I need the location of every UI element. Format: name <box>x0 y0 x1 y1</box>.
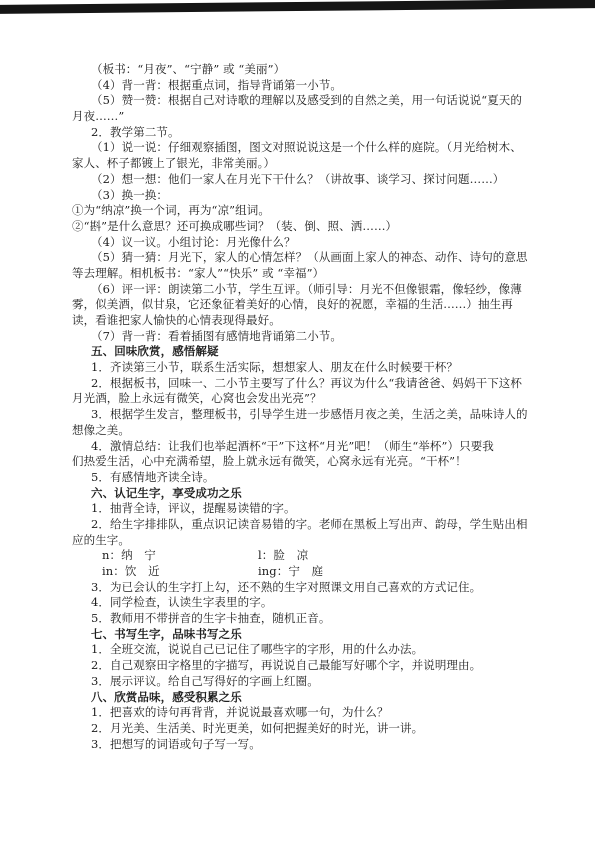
text-line: 3．为已会认的生字打上勾，还不熟的生字对照课文用自己喜欢的方式记住。 <box>72 580 532 596</box>
text-line: 雾，似美酒，似甘泉，它还象征着美好的心情，良好的祝愿，幸福的生活……）抽生再 <box>72 297 532 313</box>
text-line: 2．给生字排排队，重点识记读音易错的字。老师在黑板上写出声、韵母，学生贴出相 <box>72 517 532 533</box>
text-line: 5．教师用不带拼音的生字卡抽查，随机正音。 <box>72 611 532 627</box>
text-line: 们热爱生活，心中充满希望，脸上就永远有微笑，心窝永远有光亮。“干杯”！ <box>72 454 532 470</box>
text-line: 2．月光美、生活美、时光更美，如何把握美好的时光，讲一讲。 <box>72 721 532 737</box>
document-text-block: （板书：“月夜”、“宁静” 或 “美丽”）（4）背一背：根据重点词，指导背诵第一… <box>72 62 532 752</box>
pinyin-group: ing：宁 庭 <box>258 564 323 578</box>
text-line: 3．把想写的词语或句子写一写。 <box>72 737 532 753</box>
section-heading: 五、回味欣赏，感悟解疑 <box>72 344 532 360</box>
text-line: 1．抽背全诗，评议，提醒易读错的字。 <box>72 501 532 517</box>
text-line: （7）背一背：看着插图有感情地背诵第二小节。 <box>72 329 532 345</box>
pinyin-row: in：饮 近ing：宁 庭 <box>72 564 532 580</box>
text-line: （5）猜一猜：月光下，家人的心情怎样？（从画面上家人的神态、动作、诗句的意思 <box>72 250 532 266</box>
text-line: ①为“纳凉”换一个词，再为“凉”组词。 <box>72 203 532 219</box>
text-line: （4）议一议。小组讨论：月光像什么？ <box>72 235 532 251</box>
text-line: 5．有感情地齐读全诗。 <box>72 470 532 486</box>
text-line: （5）赞一赞：根据自己对诗歌的理解以及感受到的自然之美，用一句话说说“夏天的 <box>72 93 532 109</box>
text-line: 月夜……” <box>72 109 532 125</box>
text-line: 读，看谁把家人愉快的心情表现得最好。 <box>72 313 532 329</box>
text-line: 等去理解。相机板书：“家人”“快乐” 或 “幸福”） <box>72 266 532 282</box>
scanned-document-page: （板书：“月夜”、“宁静” 或 “美丽”）（4）背一背：根据重点词，指导背诵第一… <box>0 0 595 841</box>
text-line: 1．把喜欢的诗句再背背，并说说最喜欢哪一句，为什么？ <box>72 705 532 721</box>
text-line: 1．全班交流，说说自己已记住了哪些字的字形，用的什么办法。 <box>72 642 532 658</box>
text-line: 4．同学检查，认读生字表里的字。 <box>72 595 532 611</box>
pinyin-row: n：纳 宁l：脸 凉 <box>72 548 532 564</box>
text-line: （1）说一说：仔细观察插图，图文对照说说这是一个什么样的庭院。（月光给树木、 <box>72 140 532 156</box>
text-line: 3．根据学生发言，整理板书，引导学生进一步感悟月夜之美，生活之美，品味诗人的 <box>72 407 532 423</box>
text-line: 应的生字。 <box>72 533 532 549</box>
text-line: ②“斟”是什么意思？还可换成哪些词？（装、倒、照、洒……） <box>72 219 532 235</box>
text-line: （2）想一想：他们一家人在月光下干什么？（讲故事、谈学习、探讨问题……） <box>72 172 532 188</box>
section-heading: 六、认记生字，享受成功之乐 <box>72 486 532 502</box>
section-heading: 七、书写生字，品味书写之乐 <box>72 627 532 643</box>
text-line: （6）评一评：朗读第二小节，学生互评。（师引导：月光不但像银霜，像轻纱，像薄 <box>72 282 532 298</box>
text-line: （4）背一背：根据重点词，指导背诵第一小节。 <box>72 78 532 94</box>
text-line: 4．激情总结：让我们也举起酒杯“干”下这杯“月光”吧！（师生“举杯”）只要我 <box>72 439 532 455</box>
text-line: （板书：“月夜”、“宁静” 或 “美丽”） <box>72 62 532 78</box>
text-line: 想像之美。 <box>72 423 532 439</box>
text-line: 家人、杯子都镀上了银光，非常美丽。） <box>72 156 532 172</box>
pinyin-group: n：纳 宁 <box>102 548 258 564</box>
text-line: 3．展示评议。给自己写得好的字画上红圈。 <box>72 674 532 690</box>
text-line: 月光酒，脸上永远有微笑，心窝也会发出光亮”？ <box>72 391 532 407</box>
text-line: 2．自己观察田字格里的字描写，再说说自己最能写好哪个字，并说明理由。 <box>72 658 532 674</box>
scan-edge-artifact <box>0 0 595 14</box>
text-line: （3）换一换： <box>72 188 532 204</box>
text-line: 2．根据板书，回味一、二小节主要写了什么？再议为什么“我请爸爸、妈妈干下这杯 <box>72 376 532 392</box>
pinyin-group: in：饮 近 <box>102 564 258 580</box>
pinyin-group: l：脸 凉 <box>258 548 308 562</box>
section-heading: 八、欣赏品味，感受积累之乐 <box>72 690 532 706</box>
text-line: 1．齐读第三小节，联系生活实际，想想家人、朋友在什么时候要干杯？ <box>72 360 532 376</box>
text-line: 2．教学第二节。 <box>72 125 532 141</box>
